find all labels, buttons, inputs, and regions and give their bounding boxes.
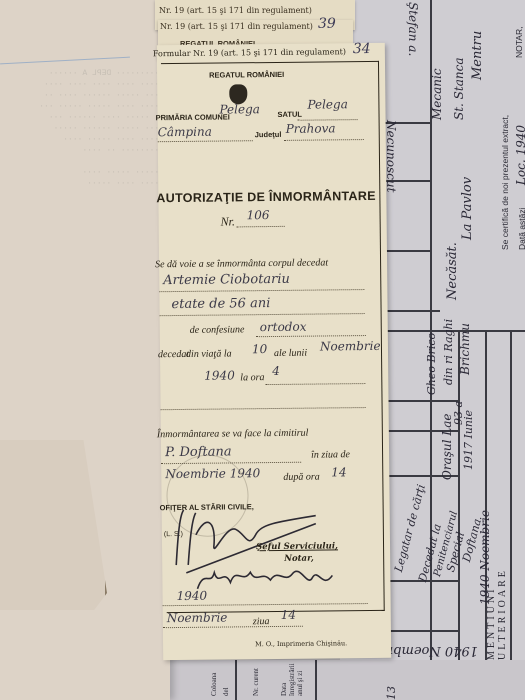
fill-line (163, 626, 303, 628)
chief-label: Şeful Serviciului, (256, 541, 338, 552)
form-header: Nr. 19 (art. 15 şi 171 din regulament) (159, 6, 312, 15)
deceased-age: etate de 56 ani (171, 296, 270, 312)
burial-label: Înmormântarea se va face la cimitirul (157, 428, 309, 441)
blue-ink-line (0, 57, 130, 65)
confession-value: ortodox (260, 320, 307, 334)
village-label: SATUL (277, 110, 302, 119)
mentiuni-heading: MENTIUNI ULTERIOARE (486, 568, 508, 660)
column-header: del (222, 687, 230, 696)
issued-month: Noembrie (167, 611, 228, 626)
village-value: Pelega (307, 97, 348, 111)
notary-signature (192, 557, 342, 599)
old-typed-sheet: ·········· DEPL Ă ······ ····· ···· ····… (0, 0, 170, 700)
register-entry: Brichmu (458, 323, 472, 375)
hour-value: 4 (272, 364, 280, 378)
register-entry: Ştefan a. (406, 2, 420, 56)
from-life-label: din viaţă la (186, 348, 232, 359)
date-label: Dată astăzi (517, 207, 525, 250)
nr-value: 106 (246, 208, 269, 222)
register-column-line (510, 330, 512, 700)
register-bottom-strip: Coloana del Data înregistrării anul şi z… (170, 660, 525, 700)
register-entry: La Pavlov (460, 177, 475, 240)
certification-text: Se certifică de noi prezentul extract, (500, 115, 510, 250)
after-hour-label: după ora (283, 472, 320, 483)
commune-value: Pelega (219, 102, 260, 116)
register-row-line (380, 250, 432, 252)
register-row-line (380, 310, 440, 312)
register-entry: Mecanic (430, 68, 444, 120)
printer-label: M. O., Imprimeria Chişinău. (255, 639, 347, 648)
entry-number: 13 (385, 686, 398, 700)
plasa-value: Câmpina (158, 125, 212, 140)
register-row-line (380, 630, 460, 632)
date-value: Loc. 1940 (514, 125, 525, 185)
register-entry: 1917 Iunie (462, 410, 475, 470)
date-line: Dată astăzi Loc. 1940 (514, 125, 525, 250)
column-header: Nr. curent (252, 668, 260, 696)
month-label: ale lunii (274, 348, 307, 359)
deceased-label: decedat (158, 349, 189, 360)
hour-label: la ora (240, 372, 264, 383)
form-number: 39 (318, 16, 336, 32)
torn-flap (0, 440, 107, 610)
register-entry: Mentru (470, 31, 485, 80)
county-label: Judeţul (255, 130, 282, 139)
column-header: Coloana (210, 673, 218, 696)
document-title: AUTORIZAŢIE DE ÎNMORMÂNTARE (156, 189, 376, 205)
deceased-name: Artemie Ciobotariu (163, 272, 290, 288)
permission-text: Se dă voie a se înmormânta corpul deceda… (155, 257, 328, 270)
issued-year: 1940 (176, 589, 207, 603)
certification-label: Se certifică de noi prezentul extract, (500, 115, 510, 250)
register-column-line (235, 660, 237, 700)
after-hour-value: 14 (331, 465, 346, 479)
notary-label: NOTAR, (514, 27, 524, 58)
kingdom-label: REGATUL ROMÂNIEI (209, 70, 284, 80)
burial-authorization-slip: Formular Nr. 19 (art. 15 şi 171 din regu… (157, 43, 391, 660)
day-of-label: în ziua de (311, 449, 350, 460)
register-entry: Oraşul Lae (440, 414, 454, 481)
form-number: 34 (353, 41, 371, 57)
register-column-line (315, 660, 317, 700)
form-header: Nr. 19 (art. 15 şi 171 din regulament) (160, 22, 313, 31)
nr-label: Nr. (221, 214, 236, 229)
county-value: Prahova (286, 121, 336, 136)
register-row-line (380, 400, 460, 402)
bleedthrough-text: ·········· DEPL Ă ······ ····· ···· ····… (4, 68, 164, 189)
column-header: Data înregistrării anul şi zi (280, 656, 304, 696)
year-value: 1940 (204, 368, 235, 382)
day-value: 10 (252, 342, 267, 356)
register-entry: din ri Raghi (442, 319, 455, 385)
issued-day-value: 14 (281, 608, 296, 622)
confession-label: de confesiune (190, 324, 245, 336)
register-entry: St. Stanca (452, 58, 466, 120)
notary-text: NOTAR, (514, 27, 524, 58)
month-value: Noembrie (320, 339, 381, 354)
register-entry: Necăsăt. (445, 242, 460, 300)
form-header: Formular Nr. 19 (art. 15 şi 171 din regu… (153, 47, 346, 58)
register-entry: Gheo Brico (425, 333, 438, 395)
